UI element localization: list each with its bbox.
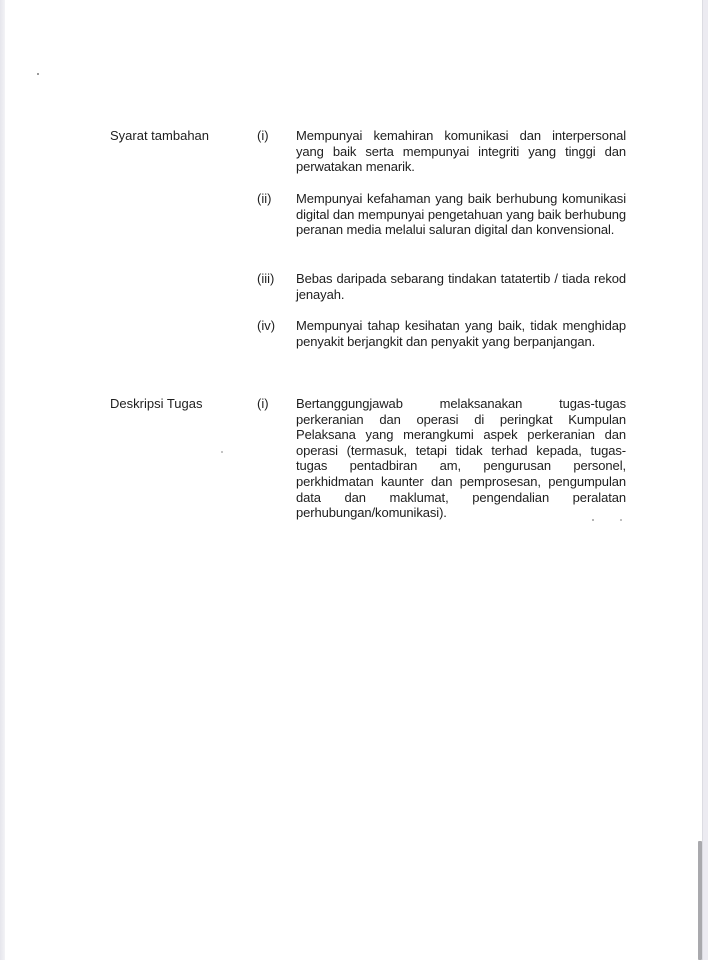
section-label: Deskripsi Tugas <box>110 396 202 412</box>
item-number: (i) <box>257 396 269 412</box>
item-number: (iv) <box>257 318 275 334</box>
section-label: Syarat tambahan <box>110 128 209 144</box>
scan-speck <box>37 73 39 75</box>
scrollbar-track[interactable] <box>702 0 708 960</box>
item-number: (iii) <box>257 271 274 287</box>
item-text: Bebas daripada sebarang tindakan tatater… <box>296 271 626 302</box>
item-number: (ii) <box>257 191 271 207</box>
item-number: (i) <box>257 128 269 144</box>
scan-speck <box>221 451 223 453</box>
item-text: Mempunyai tahap kesihatan yang baik, tid… <box>296 318 626 349</box>
page-edge-left <box>0 0 5 960</box>
item-text: Bertanggungjawab melaksanakan tugas-tuga… <box>296 396 626 521</box>
scrollbar-thumb[interactable] <box>698 841 702 960</box>
item-text: Mempunyai kefahaman yang baik berhubung … <box>296 191 626 238</box>
item-text: Mempunyai kemahiran komunikasi dan inter… <box>296 128 626 175</box>
